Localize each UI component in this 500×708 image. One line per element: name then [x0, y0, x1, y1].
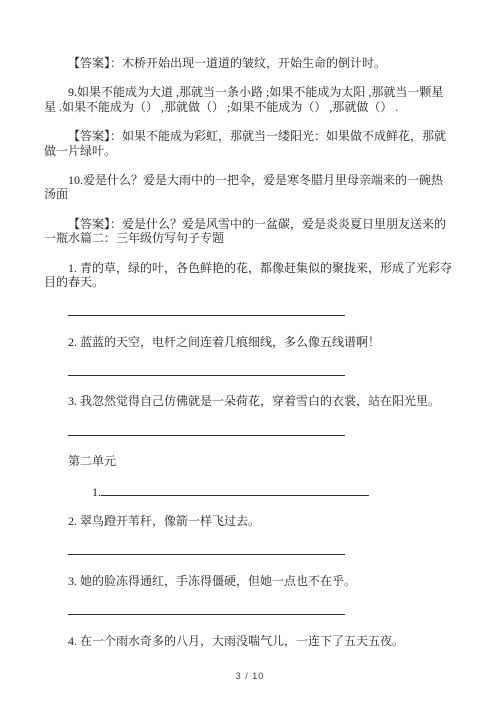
section-heading: 第二单元	[44, 454, 454, 468]
question-paragraph: 4. 在一个雨水奇多的八月，大雨没喘气儿，一连下了五天五夜。	[44, 634, 454, 648]
answer-blank-line	[68, 543, 345, 555]
answer-blank-row	[44, 603, 454, 618]
answer-blank-line	[101, 484, 369, 496]
question-paragraph: 2. 翠鸟蹬开苇秆，像箭一样飞过去。	[44, 514, 454, 528]
question-paragraph: 3. 我忽然觉得自己仿佛就是一朵荷花，穿着雪白的衣裳，站在阳光里。	[44, 394, 454, 408]
answer-blank-row	[44, 304, 454, 319]
answer-blank-line	[68, 304, 345, 316]
question-paragraph: 1. 青的草，绿的叶，各色鲜艳的花，都像赶集似的聚拢来，形成了光彩夺目的春天。	[44, 261, 454, 290]
question-paragraph: 9.如果不能成为大道 ,那就当一条小路 ;如果不能成为太阳 ,那就当一颗星星 .…	[44, 85, 454, 114]
answer-blank-line	[68, 603, 345, 615]
answer-blank-row	[44, 364, 454, 379]
question-paragraph: 3. 她的脸冻得通红，手冻得僵硬，但她一点也不在乎。	[44, 574, 454, 588]
page-number: 3 / 10	[0, 671, 500, 681]
question-paragraph: 2. 蓝蓝的天空，电杆之间连着几痕细线，多么像五线谱啊！	[44, 335, 454, 349]
answer-blank-row	[44, 424, 454, 439]
answer-paragraph: 【答案】：如果不能成为彩虹，那就当一缕阳光：如果做不成鲜花，那就做一片绿叶。	[44, 129, 454, 158]
answer-paragraph: 【答案】：木桥开始出现一道道的皱纹，开始生命的倒计时。	[44, 56, 454, 70]
question-paragraph: 10.爱是什么？爱是大雨中的一把伞，爱是寒冬腊月里母亲端来的一碗热汤面	[44, 173, 454, 202]
answer-blank-row	[44, 543, 454, 558]
numbered-blank-row: 1.	[44, 484, 454, 499]
answer-blank-line	[68, 424, 345, 436]
document-content: 【答案】：木桥开始出现一道道的皱纹，开始生命的倒计时。9.如果不能成为大道 ,那…	[44, 56, 454, 663]
document-page: 【答案】：木桥开始出现一道道的皱纹，开始生命的倒计时。9.如果不能成为大道 ,那…	[0, 0, 500, 708]
blank-item-number: 1.	[68, 485, 101, 499]
answer-blank-line	[68, 364, 345, 376]
answer-paragraph: 【答案】：爱是什么？爱是风雪中的一盆碳，爱是炎炎夏日里朋友送来的一瓶水篇二：三年…	[44, 217, 454, 246]
